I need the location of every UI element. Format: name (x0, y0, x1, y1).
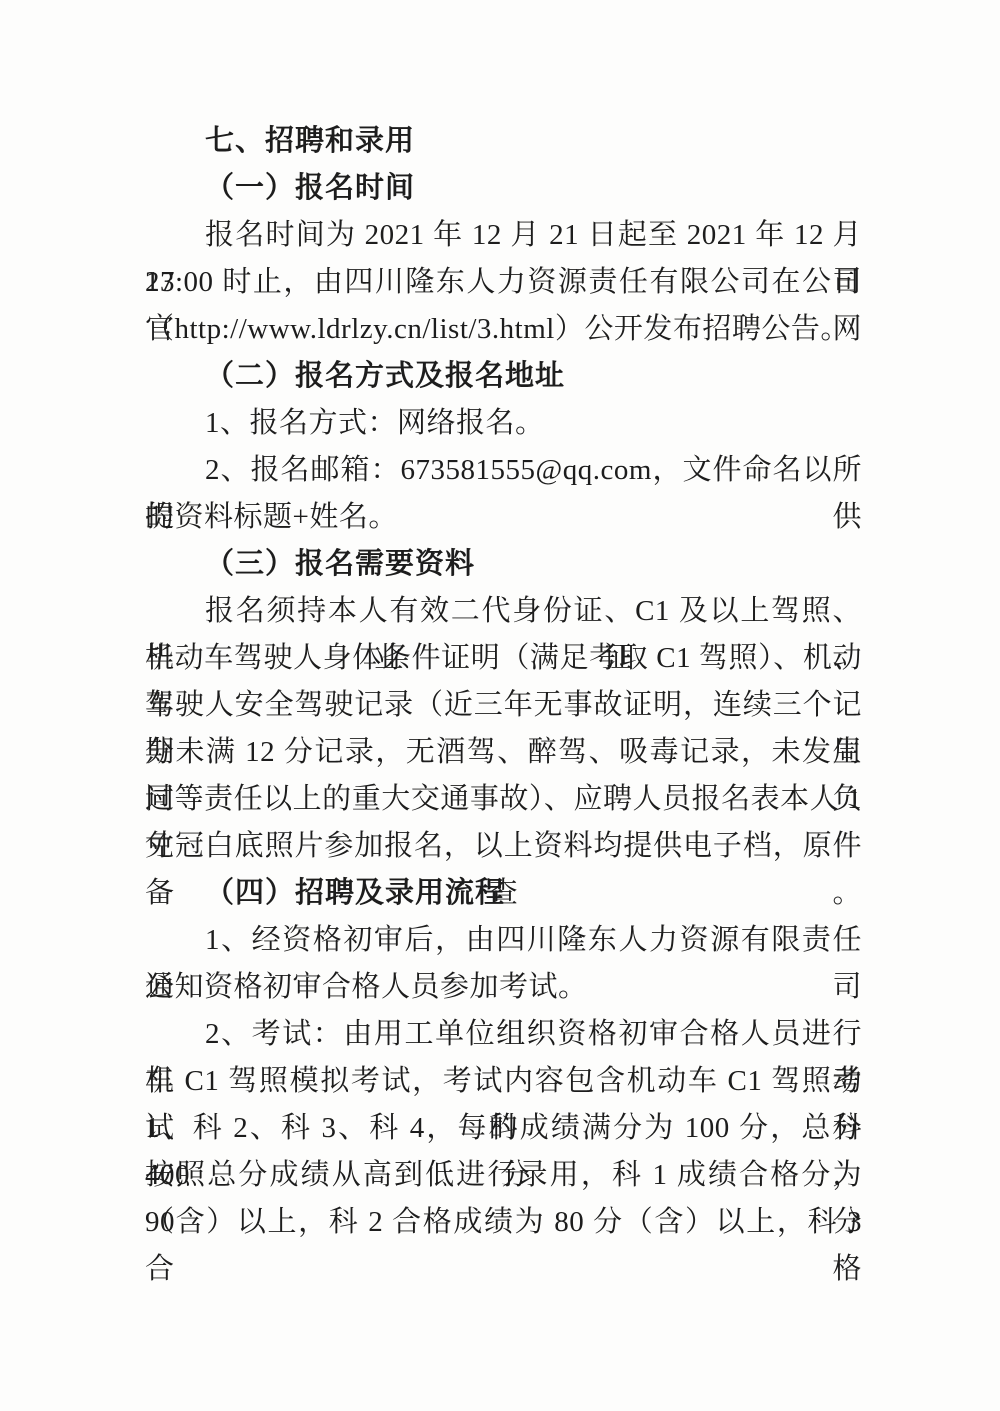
paragraph-line: 驾驶人安全驾驶记录（近三年无事故证明，连续三个记分周 (145, 682, 862, 729)
subsection-heading-required-materials: （三）报名需要资料 (145, 541, 862, 588)
list-item-examination: 2、考试：由用工单位组织资格初审合格人员进行机动 (145, 1011, 862, 1058)
subsection-heading-registration-method: （二）报名方式及报名地址 (145, 353, 862, 400)
section-heading-recruitment-and-hiring: 七、招聘和录用 (145, 118, 862, 165)
paragraph-line: 按照总分成绩从高到低进行录用，科 1 成绩合格分为 90 分 (145, 1152, 862, 1199)
list-item-registration-email: 2、报名邮箱：673581555@qq.com，文件命名以所提供 (145, 447, 862, 494)
paragraph-line: 车 C1 驾照模拟考试，考试内容包含机动车 C1 驾照考试的科 (145, 1058, 862, 1105)
paragraph-line: 17:00 时止，由四川隆东人力资源责任有限公司在公司官网 (145, 259, 862, 306)
subsection-heading-registration-time: （一）报名时间 (145, 165, 862, 212)
paragraph-line: 机动车驾驶人身体条件证明（满足考取 C1 驾照）、机动车 (145, 635, 862, 682)
paragraph-line: 期未满 12 分记录，无酒驾、醉驾、吸毒记录，未发生过负 (145, 729, 862, 776)
paragraph-line: 报名须持本人有效二代身份证、C1 及以上驾照、毕业证、 (145, 588, 862, 635)
paragraph-line: （含）以上，科 2 合格成绩为 80 分（含）以上，科 3 合格 (145, 1199, 862, 1246)
list-item-initial-review: 1、经资格初审后，由四川隆东人力资源有限责任公司 (145, 917, 862, 964)
document-text-block: 七、招聘和录用 （一）报名时间 报名时间为 2021 年 12 月 21 日起至… (145, 118, 862, 1246)
list-item-registration-method: 1、报名方式：网络报名。 (145, 400, 862, 447)
paragraph-line: 同等责任以上的重大交通事故）、应聘人员报名表本人 1 寸 (145, 776, 862, 823)
paragraph-line: 免冠白底照片参加报名，以上资料均提供电子档，原件备查。 (145, 823, 862, 870)
paragraph-line-with-url: （http://www.ldrlzy.cn/list/3.html）公开发布招聘… (145, 306, 862, 353)
paragraph-line: 1、科 2、科 3、科 4，每科成绩满分为 100 分，总分 400 分， (145, 1105, 862, 1152)
scanned-document-page: 七、招聘和录用 （一）报名时间 报名时间为 2021 年 12 月 21 日起至… (0, 0, 1000, 1411)
paragraph-line: 报名时间为 2021 年 12 月 21 日起至 2021 年 12 月 23 … (145, 212, 862, 259)
